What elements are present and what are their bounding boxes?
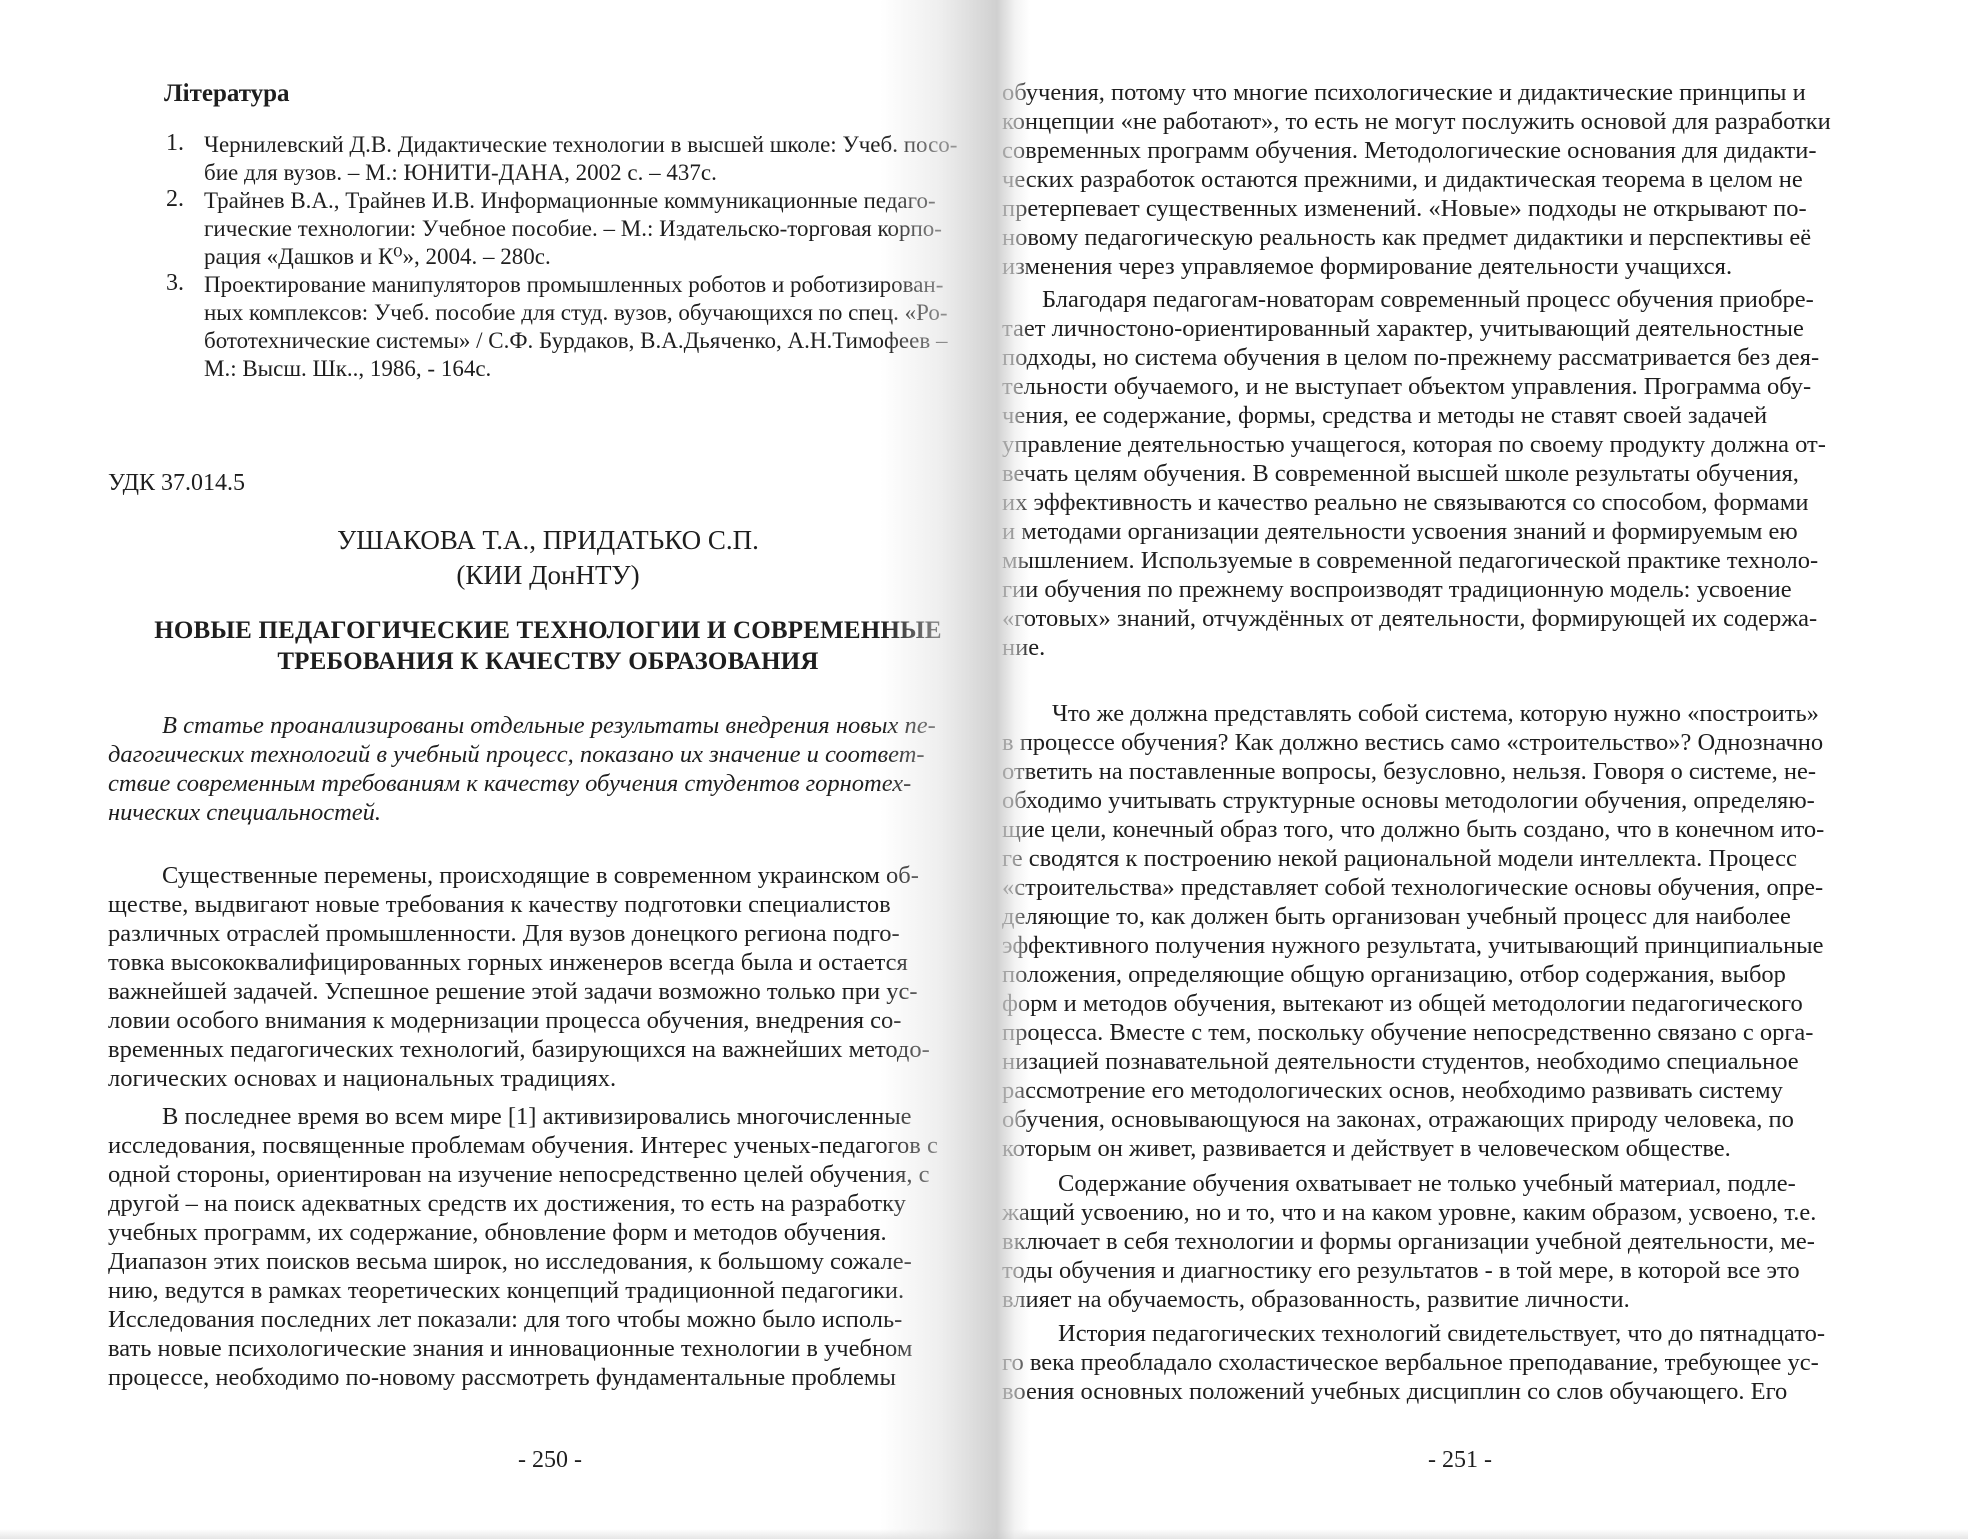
article-title-line: ТРЕБОВАНИЯ К КАЧЕСТВУ ОБРАЗОВАНИЯ <box>108 648 988 676</box>
abstract-line: нических специальностей. <box>108 798 381 827</box>
body-line: различных отраслей промышленности. Для в… <box>108 919 900 948</box>
body-line: важнейшей задачей. Успешное решение этой… <box>108 977 917 1006</box>
body-line: положения, определяющие общую организаци… <box>1002 960 1786 989</box>
body-line: ществе, выдвигают новые требования к кач… <box>108 890 891 919</box>
body-line: учебных программ, их содержание, обновле… <box>108 1218 887 1247</box>
body-line: управление деятельностью учащегося, кото… <box>1002 430 1826 459</box>
body-line: товка высококвалифицированных горных инж… <box>108 948 908 977</box>
reference-line: Проектирование манипуляторов промышленны… <box>204 270 943 299</box>
body-line: вечать целям обучения. В современной выс… <box>1002 459 1799 488</box>
body-line: Благодаря педагогам-новаторам современны… <box>1042 285 1814 314</box>
reference-line: М.: Высш. Шк.., 1986, - 164с. <box>204 354 491 383</box>
scan-bottom-edge <box>0 1529 1968 1539</box>
body-line: го века преобладало схоластическое верба… <box>1002 1348 1819 1377</box>
reference-line: бие для вузов. – М.: ЮНИТИ-ДАНА, 2002 с.… <box>204 158 717 187</box>
body-line: мышлением. Используемые в современной пе… <box>1002 546 1818 575</box>
body-line: воения основных положений учебных дисцип… <box>1002 1377 1787 1406</box>
body-line: гии обучения по прежнему воспроизводят т… <box>1002 575 1792 604</box>
body-line: исследования, посвященные проблемам обуч… <box>108 1131 938 1160</box>
body-line: подходы, но система обучения в целом по-… <box>1002 343 1819 372</box>
body-line: их эффективность и качество реально не с… <box>1002 488 1808 517</box>
body-line: В последнее время во всем мире [1] актив… <box>162 1102 912 1131</box>
article-title-line: НОВЫЕ ПЕДАГОГИЧЕСКИЕ ТЕХНОЛОГИИ И СОВРЕМ… <box>108 617 988 645</box>
body-line: Исследования последних лет показали: для… <box>108 1305 902 1334</box>
body-line: нию, ведутся в рамках теоретических конц… <box>108 1276 904 1305</box>
right-page-251: обучения, потому что многие психологичес… <box>1000 0 1968 1539</box>
body-line: История педагогических технологий свидет… <box>1058 1319 1825 1348</box>
body-line: форм и методов обучения, вытекают из общ… <box>1002 989 1803 1018</box>
body-line: Что же должна представлять собой система… <box>1052 699 1819 728</box>
body-line: влияет на обучаемость, образованность, р… <box>1002 1285 1630 1314</box>
abstract-line: В статье проанализированы отдельные резу… <box>162 711 936 740</box>
body-line: ответить на поставленные вопросы, безусл… <box>1002 757 1816 786</box>
body-line: современных программ обучения. Методолог… <box>1002 136 1817 165</box>
body-line: ловии особого внимания к модернизации пр… <box>108 1006 901 1035</box>
body-line: логических основах и национальных традиц… <box>108 1064 616 1093</box>
body-line: тельности обучаемого, и не выступает объ… <box>1002 372 1811 401</box>
body-line: претерпевает существенных изменений. «Но… <box>1002 194 1807 223</box>
reference-number: 1. <box>166 130 184 157</box>
body-line: которым он живет, развивается и действуе… <box>1002 1134 1731 1163</box>
body-line: изменения через управляемое формирование… <box>1002 252 1732 281</box>
body-line: Существенные перемены, происходящие в со… <box>162 861 919 890</box>
body-line: ческих разработок остаются прежними, и д… <box>1002 165 1803 194</box>
body-line: процесса. Вместе с тем, поскольку обучен… <box>1002 1018 1813 1047</box>
body-line: «готовых» знаний, отчуждённых от деятель… <box>1002 604 1817 633</box>
reference-number: 3. <box>166 270 184 297</box>
body-line: тает личностоно-ориентированный характер… <box>1002 314 1804 343</box>
body-line: и методами организации деятельности усво… <box>1002 517 1798 546</box>
body-line: обучения, потому что многие психологичес… <box>1002 78 1806 107</box>
body-line: новому педагогическую реальность как пре… <box>1002 223 1811 252</box>
author-affiliation: (КИИ ДонНТУ) <box>108 560 988 591</box>
body-line: временных педагогических технологий, баз… <box>108 1035 930 1064</box>
reference-number: 2. <box>166 186 184 213</box>
body-line: другой – на поиск адекватных средств их … <box>108 1189 906 1218</box>
reference-line: гические технологии: Учебное пособие. – … <box>204 214 942 243</box>
abstract-line: дагогических технологий в учебный процес… <box>108 740 925 769</box>
body-line: процессе, необходимо по-новому рассмотре… <box>108 1363 896 1392</box>
article-authors: УШАКОВА Т.А., ПРИДАТЬКО С.П. <box>108 525 988 556</box>
body-line: низацией познавательной деятельности сту… <box>1002 1047 1799 1076</box>
body-line: включает в себя технологии и формы орган… <box>1002 1227 1815 1256</box>
body-line: вать новые психологические знания и инно… <box>108 1334 912 1363</box>
page-number: - 251 - <box>1428 1447 1492 1474</box>
body-line: одной стороны, ориентирован на изучение … <box>108 1160 930 1189</box>
body-line: щие цели, конечный образ того, что должн… <box>1002 815 1824 844</box>
body-line: Диапазон этих поисков весьма широк, но и… <box>108 1247 912 1276</box>
body-line: в процессе обучения? Как должно вестись … <box>1002 728 1823 757</box>
reference-line: бототехнические системы» / С.Ф. Бурдаков… <box>204 326 947 355</box>
body-line: концепции «не работают», то есть не могу… <box>1002 107 1831 136</box>
body-line: жащий усвоению, но и то, что и на каком … <box>1002 1198 1816 1227</box>
abstract-line: ствие современным требованиям к качеству… <box>108 769 911 798</box>
left-page-250: Література 1. Чернилевский Д.В. Дидактич… <box>0 0 1000 1539</box>
body-line: обучения, основывающуюся на законах, отр… <box>1002 1105 1794 1134</box>
body-line: деляющие то, как должен быть организован… <box>1002 902 1791 931</box>
reference-line: рация «Дашков и К⁰», 2004. – 280с. <box>204 242 551 271</box>
reference-line: Чернилевский Д.В. Дидактические технолог… <box>204 130 957 159</box>
body-line: Содержание обучения охватывает не только… <box>1058 1169 1796 1198</box>
page-number: - 250 - <box>518 1447 582 1474</box>
body-line: ние. <box>1002 633 1045 662</box>
body-line: ге сводятся к построению некой рациональ… <box>1002 844 1797 873</box>
reference-line: Трайнев В.А., Трайнев И.В. Информационны… <box>204 186 936 215</box>
body-line: тоды обучения и диагностику его результа… <box>1002 1256 1800 1285</box>
reference-line: ных комплексов: Учеб. пособие для студ. … <box>204 298 948 327</box>
body-line: чения, ее содержание, формы, средства и … <box>1002 401 1767 430</box>
body-line: «строительства» представляет собой техно… <box>1002 873 1823 902</box>
references-heading: Література <box>164 80 290 108</box>
body-line: обходимо учитывать структурные основы ме… <box>1002 786 1815 815</box>
body-line: рассмотрение его методологических основ,… <box>1002 1076 1783 1105</box>
body-line: эффективного получения нужного результат… <box>1002 931 1824 960</box>
udc-code: УДК 37.014.5 <box>108 470 245 497</box>
